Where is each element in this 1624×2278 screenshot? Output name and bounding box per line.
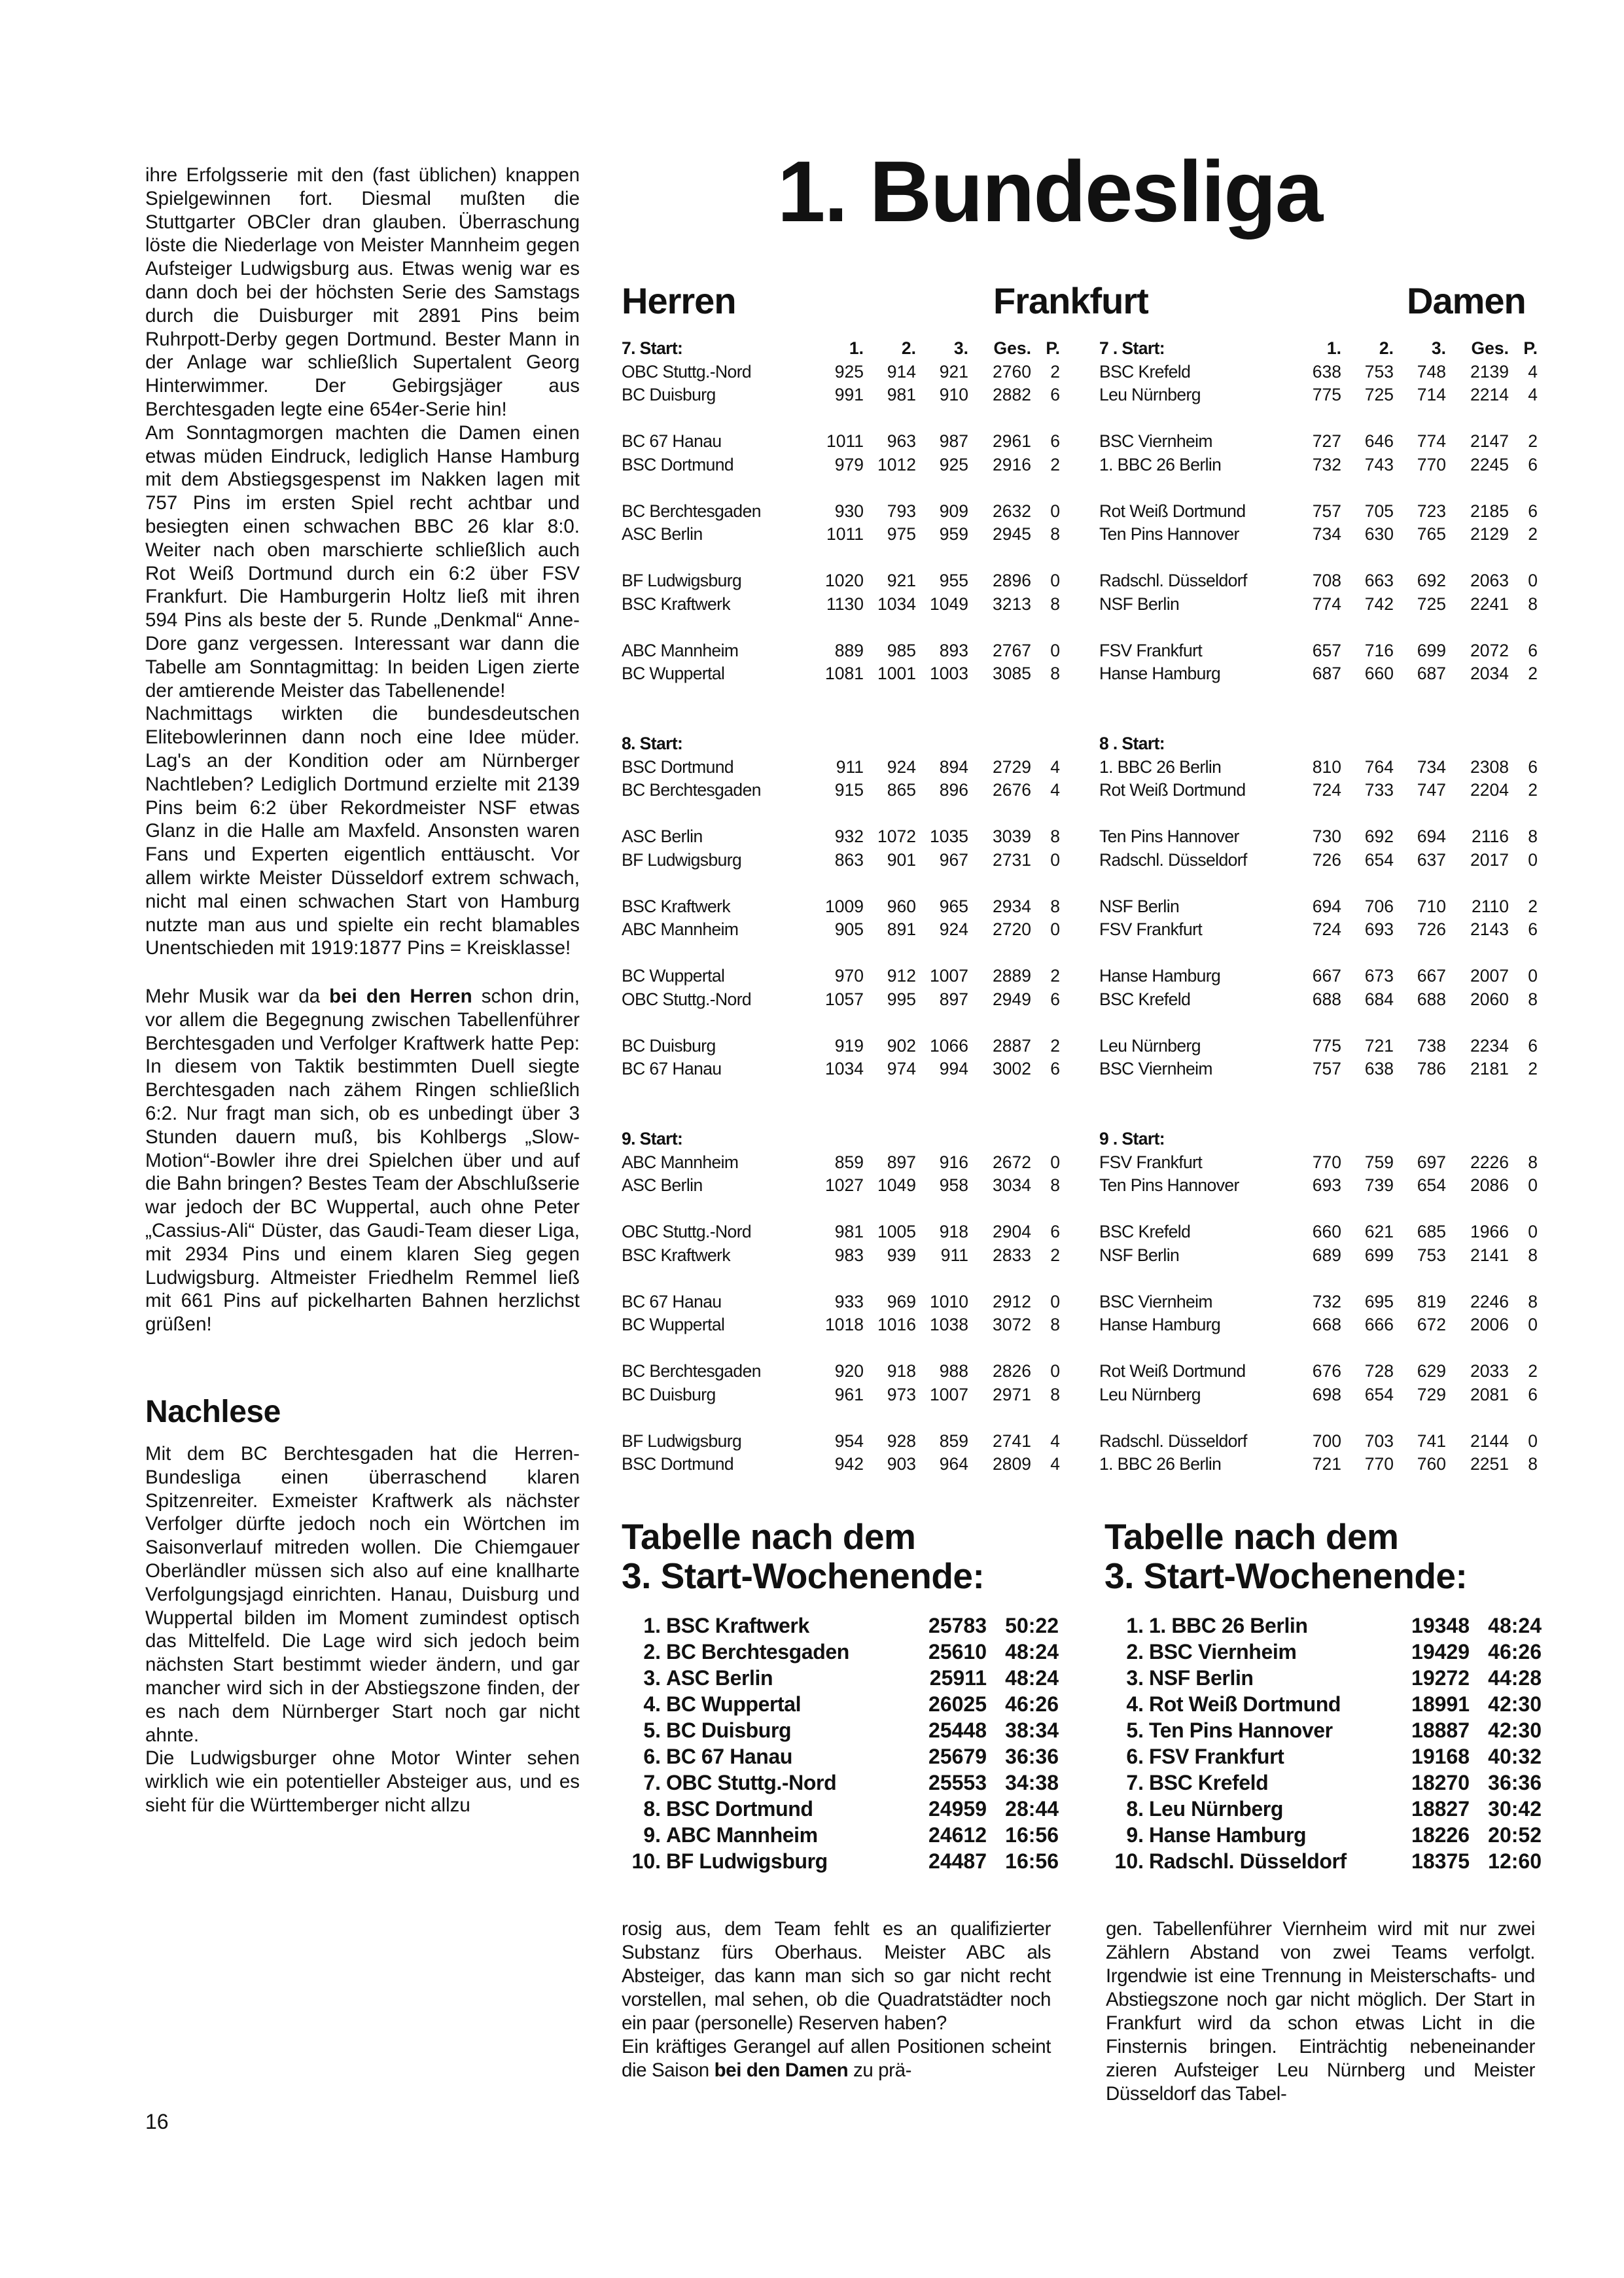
standings-row: 10.BF Ludwigsburg2448716:56 [622,1848,1080,1874]
damen-standings-title: Tabelle nach dem3. Start-Wochenende: [1104,1517,1562,1595]
table-row: Leu Nürnberg69865472920816 [1099,1383,1551,1407]
table-row: Leu Nürnberg77572173822346 [1099,1035,1551,1058]
table-row: FSV Frankfurt77075969722268 [1099,1151,1551,1175]
table-row: BSC Krefeld68868468820608 [1099,988,1551,1012]
herren-standings: Tabelle nach dem3. Start-Wochenende: 1.B… [622,1517,1080,1874]
table-row: Radschl. Düsseldorf70866369220630 [1099,569,1551,593]
standings-row: 4.BC Wuppertal2602546:26 [622,1691,1080,1717]
table-row: ASC Berlin9321072103530398 [622,825,1073,849]
article-paragraph-herren: Mehr Musik war da bei den Herren schon d… [145,985,580,1336]
match-pair: BSC Krefeld66062168519660NSF Berlin68969… [1099,1220,1551,1267]
table-row: Hanse Hamburg68766068720342 [1099,662,1551,686]
article-paragraph: Nachmittags wirkten die bundesdeutschen … [145,702,580,960]
table-row: ABC Mannheim88998589327670 [622,639,1073,663]
article-paragraph: Am Sonntagmorgen machten die Damen einen… [145,421,580,703]
match-pair: BC Berchtesgaden93079390926320ASC Berlin… [622,500,1073,546]
table-row: FSV Frankfurt72469372621436 [1099,918,1551,942]
match-pair: BC Berchtesgaden92091898828260BC Duisbur… [622,1360,1073,1406]
table-row: BSC Kraftwerk11301034104932138 [622,593,1073,616]
match-pair: FSV Frankfurt65771669920726Hanse Hamburg… [1099,639,1551,686]
table-row: BSC Kraftwerk98393991128332 [622,1244,1073,1268]
standings-row: 7.OBC Stuttg.-Nord2555334:38 [622,1770,1080,1796]
herren-results-table: 7. Start:1.2.3.Ges.P.OBC Stuttg.-Nord925… [622,337,1073,1499]
table-row: BC Wuppertal10811001100330858 [622,662,1073,686]
table-row: BSC Krefeld66062168519660 [1099,1220,1551,1244]
match-pair: Rot Weiß Dortmund67672862920332Leu Nürnb… [1099,1360,1551,1406]
standings-row: 10.Radschl. Düsseldorf1837512:60 [1104,1848,1562,1874]
match-pair: Leu Nürnberg77572173822346BSC Viernheim7… [1099,1035,1551,1081]
standings-row: 8.Leu Nürnberg1882730:42 [1104,1796,1562,1822]
table-row: BC 67 Hanau101196398729616 [622,430,1073,454]
match-pair: Hanse Hamburg66767366720070BSC Krefeld68… [1099,965,1551,1011]
match-pair: BSC Viernheim73269581922468Hanse Hamburg… [1099,1290,1551,1337]
standings-row: 5.Ten Pins Hannover1888742:30 [1104,1717,1562,1743]
section-damen-heading: Damen [1407,278,1526,324]
start-header: 9. Start: [622,1128,1073,1151]
table-row: ABC Mannheim90589192427200 [622,918,1073,942]
page-number: 16 [145,2110,169,2134]
table-row: BC Berchtesgaden92091898828260 [622,1360,1073,1383]
table-row: BF Ludwigsburg86390196727310 [622,849,1073,872]
table-row: BC Berchtesgaden91586589626764 [622,779,1073,802]
table-row: BF Ludwigsburg95492885927414 [622,1430,1073,1453]
article-paragraph: Mit dem BC Berchtesgaden hat die Herren-… [145,1442,580,1747]
article-paragraph: rosig aus, dem Team fehlt es an qualifiz… [622,1917,1051,2035]
table-row: BC 67 Hanau103497499430026 [622,1058,1073,1081]
table-row: OBC Stuttg.-Nord92591492127602 [622,361,1073,384]
section-herren-heading: Herren [622,278,736,324]
standings-row: 9.ABC Mannheim2461216:56 [622,1822,1080,1848]
herren-standings-title: Tabelle nach dem3. Start-Wochenende: [622,1517,1080,1595]
damen-standings: Tabelle nach dem3. Start-Wochenende: 1.1… [1104,1517,1562,1874]
table-row: BC Duisburg961973100729718 [622,1383,1073,1407]
match-pair: ABC Mannheim88998589327670BC Wuppertal10… [622,639,1073,686]
match-pair: 1. BBC 26 Berlin81076473423086Rot Weiß D… [1099,756,1551,802]
nachlese-heading: Nachlese [145,1394,580,1431]
match-pair: BC 67 Hanau933969101029120BC Wuppertal10… [622,1290,1073,1337]
article-paragraph: Die Ludwigsburger ohne Motor Winter sehe… [145,1747,580,1817]
table-row: ASC Berlin1027104995830348 [622,1174,1073,1198]
match-pair: Radschl. Düsseldorf700703741214401. BBC … [1099,1430,1551,1476]
table-row: Radschl. Düsseldorf72665463720170 [1099,849,1551,872]
start-header: 9 . Start: [1099,1128,1551,1151]
match-pair: BSC Kraftwerk100996096529348ABC Mannheim… [622,895,1073,942]
match-pair: BF Ludwigsburg102092195528960BSC Kraftwe… [622,569,1073,616]
page-title: 1. Bundesliga [777,143,1322,241]
match-pair: OBC Stuttg.-Nord981100591829046BSC Kraft… [622,1220,1073,1267]
article-paragraph-damen: Ein kräftiges Gerangel auf allen Positio… [622,2035,1051,2082]
match-pair: BSC Dortmund91192489427294BC Berchtesgad… [622,756,1073,802]
match-pair: NSF Berlin69470671021102FSV Frankfurt724… [1099,895,1551,942]
damen-results-table: 7 . Start:1.2.3.Ges.P.BSC Krefeld6387537… [1099,337,1551,1499]
table-row: BC Duisburg99198191028826 [622,383,1073,407]
standings-row: 7.BSC Krefeld1827036:36 [1104,1770,1562,1796]
standings-row: 4.Rot Weiß Dortmund1899142:30 [1104,1691,1562,1717]
table-row: BSC Viernheim75763878621812 [1099,1058,1551,1081]
start-header: 8 . Start: [1099,732,1551,756]
table-row: BC Wuppertal10181016103830728 [622,1313,1073,1337]
table-row: Ten Pins Hannover69373965420860 [1099,1174,1551,1198]
table-row: Hanse Hamburg66767366720070 [1099,965,1551,988]
table-row: BSC Krefeld63875374821394 [1099,361,1551,384]
table-row: NSF Berlin77474272522418 [1099,593,1551,616]
standings-row: 6.BC 67 Hanau2567936:36 [622,1743,1080,1770]
start-header: 7 . Start:1.2.3.Ges.P. [1099,337,1551,361]
table-row: BSC Dortmund91192489427294 [622,756,1073,779]
bottom-middle-text: rosig aus, dem Team fehlt es an qualifiz… [622,1917,1051,2082]
standings-row: 8.BSC Dortmund2495928:44 [622,1796,1080,1822]
table-row: Hanse Hamburg66866667220060 [1099,1313,1551,1337]
table-row: BSC Viernheim73269581922468 [1099,1290,1551,1314]
match-pair: BF Ludwigsburg95492885927414BSC Dortmund… [622,1430,1073,1476]
bottom-right-text: gen. Tabellenführer Viernheim wird mit n… [1106,1917,1535,2106]
article-paragraph: ihre Erfolgsserie mit den (fast üblichen… [145,164,580,421]
table-row: Rot Weiß Dortmund67672862920332 [1099,1360,1551,1383]
table-row: NSF Berlin69470671021102 [1099,895,1551,919]
table-row: ABC Mannheim85989791626720 [622,1151,1073,1175]
table-row: 1. BBC 26 Berlin81076473423086 [1099,756,1551,779]
table-row: BC Wuppertal970912100728892 [622,965,1073,988]
article-paragraph: gen. Tabellenführer Viernheim wird mit n… [1106,1917,1535,2106]
table-row: FSV Frankfurt65771669920726 [1099,639,1551,663]
table-row: BSC Kraftwerk100996096529348 [622,895,1073,919]
match-pair: BSC Krefeld63875374821394Leu Nürnberg775… [1099,361,1551,407]
table-row: OBC Stuttg.-Nord105799589729496 [622,988,1073,1012]
standings-row: 5.BC Duisburg2544838:34 [622,1717,1080,1743]
match-pair: OBC Stuttg.-Nord92591492127602BC Duisbur… [622,361,1073,407]
table-row: BSC Dortmund979101292529162 [622,454,1073,477]
match-pair: BC 67 Hanau101196398729616BSC Dortmund97… [622,430,1073,476]
standings-row: 3.ASC Berlin2591148:24 [622,1665,1080,1691]
standings-row: 2.BC Berchtesgaden2561048:24 [622,1639,1080,1665]
section-location-heading: Frankfurt [993,278,1148,324]
standings-row: 2.BSC Viernheim1942946:26 [1104,1639,1562,1665]
match-pair: FSV Frankfurt77075969722268Ten Pins Hann… [1099,1151,1551,1198]
table-row: Radschl. Düsseldorf70070374121440 [1099,1430,1551,1453]
table-row: Ten Pins Hannover73069269421168 [1099,825,1551,849]
table-row: BF Ludwigsburg102092195528960 [622,569,1073,593]
left-article-column: ihre Erfolgsserie mit den (fast üblichen… [145,164,580,1817]
table-row: BSC Dortmund94290396428094 [622,1453,1073,1476]
standings-row: 9.Hanse Hamburg1822620:52 [1104,1822,1562,1848]
table-row: Rot Weiß Dortmund75770572321856 [1099,500,1551,524]
match-pair: ABC Mannheim85989791626720ASC Berlin1027… [622,1151,1073,1198]
match-pair: BC Wuppertal970912100728892OBC Stuttg.-N… [622,965,1073,1011]
table-row: ASC Berlin101197595929458 [622,523,1073,546]
start-header: 7. Start:1.2.3.Ges.P. [622,337,1073,361]
start-header: 8. Start: [622,732,1073,756]
table-row: OBC Stuttg.-Nord981100591829046 [622,1220,1073,1244]
table-row: NSF Berlin68969975321418 [1099,1244,1551,1268]
table-row: 1. BBC 26 Berlin72177076022518 [1099,1453,1551,1476]
match-pair: BC Duisburg919902106628872BC 67 Hanau103… [622,1035,1073,1081]
table-row: Rot Weiß Dortmund72473374722042 [1099,779,1551,802]
table-row: 1. BBC 26 Berlin73274377022456 [1099,454,1551,477]
standings-row: 3.NSF Berlin1927244:28 [1104,1665,1562,1691]
table-row: Ten Pins Hannover73463076521292 [1099,523,1551,546]
match-pair: Ten Pins Hannover73069269421168Radschl. … [1099,825,1551,872]
table-row: BC Duisburg919902106628872 [622,1035,1073,1058]
standings-row: 1.1. BBC 26 Berlin1934848:24 [1104,1612,1562,1639]
match-pair: Radschl. Düsseldorf70866369220630NSF Ber… [1099,569,1551,616]
standings-row: 1.BSC Kraftwerk2578350:22 [622,1612,1080,1639]
table-row: BC 67 Hanau933969101029120 [622,1290,1073,1314]
standings-row: 6.FSV Frankfurt1916840:32 [1104,1743,1562,1770]
match-pair: Rot Weiß Dortmund75770572321856Ten Pins … [1099,500,1551,546]
match-pair: ASC Berlin9321072103530398BF Ludwigsburg… [622,825,1073,872]
table-row: BC Berchtesgaden93079390926320 [622,500,1073,524]
table-row: BSC Viernheim72764677421472 [1099,430,1551,454]
table-row: Leu Nürnberg77572571422144 [1099,383,1551,407]
match-pair: BSC Viernheim727646774214721. BBC 26 Ber… [1099,430,1551,476]
